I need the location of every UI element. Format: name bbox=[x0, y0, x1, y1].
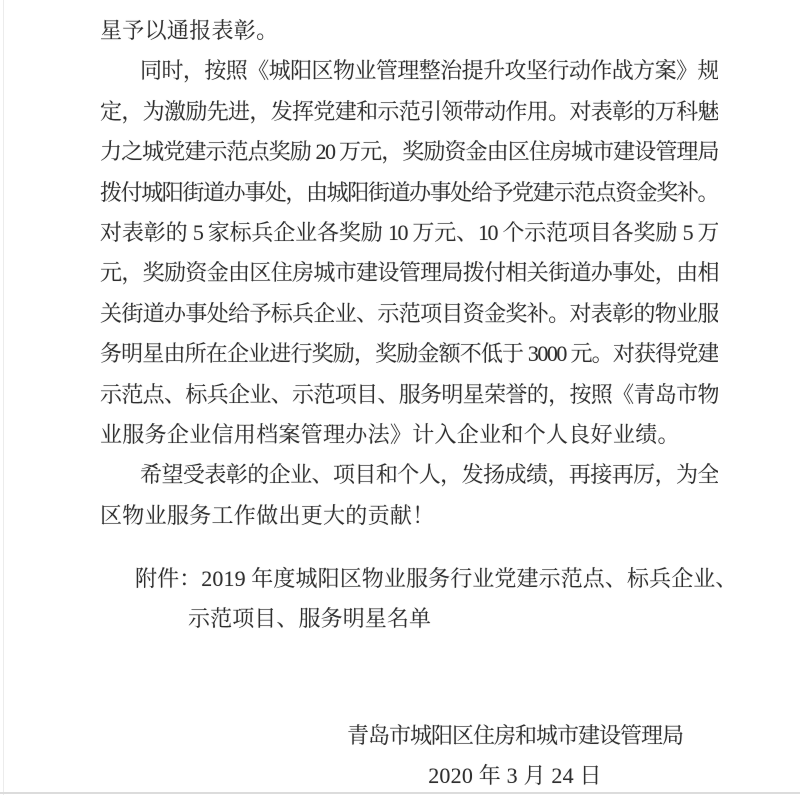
body-line: 业服务企业信用档案管理办法》计入企业和个人良好业绩。 bbox=[100, 415, 718, 455]
body-line: 元，奖励资金由区住房城市建设管理局拨付相关街道办事处，由相 bbox=[100, 253, 718, 293]
body-line: 对表彰的 5 家标兵企业各奖励 10 万元、10 个示范项目各奖励 5 万 bbox=[100, 213, 718, 253]
attachment-line-1: 附件：2019 年度城阳区物业服务行业党建示范点、标兵企业、 bbox=[135, 559, 725, 599]
body-line: 星予以通报表彰。 bbox=[100, 11, 718, 51]
body-line: 区物业服务工作做出更大的贡献！ bbox=[100, 496, 718, 536]
body-line: 示范点、标兵企业、示范项目、服务明星荣誉的，按照《青岛市物 bbox=[100, 375, 718, 415]
issue-date: 2020 年 3 月 24 日 bbox=[347, 756, 683, 795]
attachment-note: 附件：2019 年度城阳区物业服务行业党建示范点、标兵企业、 示范项目、服务明星… bbox=[135, 559, 725, 640]
scanned-document-page: 星予以通报表彰。同时，按照《城阳区物业管理整治提升攻坚行动作战方案》规定，为激励… bbox=[0, 0, 800, 795]
body-line: 关街道办事处给予标兵企业、示范项目资金奖补。对表彰的物业服 bbox=[100, 294, 718, 334]
body-line: 同时，按照《城阳区物业管理整治提升攻坚行动作战方案》规 bbox=[100, 51, 718, 91]
body-line: 力之城党建示范点奖励 20 万元，奖励资金由区住房城市建设管理局 bbox=[100, 132, 718, 172]
body-line: 务明星由所在企业进行奖励，奖励金额不低于 3000 元。对获得党建 bbox=[100, 334, 718, 374]
document-body: 星予以通报表彰。同时，按照《城阳区物业管理整治提升攻坚行动作战方案》规定，为激励… bbox=[100, 11, 718, 536]
body-line: 定，为激励先进，发挥党建和示范引领带动作用。对表彰的万科魅 bbox=[100, 92, 718, 132]
signature-block: 青岛市城阳区住房和城市建设管理局 2020 年 3 月 24 日 bbox=[347, 716, 683, 795]
issuing-organ-name: 青岛市城阳区住房和城市建设管理局 bbox=[347, 716, 683, 756]
attachment-line-2: 示范项目、服务明星名单 bbox=[135, 599, 725, 639]
body-line: 拨付城阳街道办事处，由城阳街道办事处给予党建示范点资金奖补。 bbox=[100, 173, 718, 213]
scan-edge-left bbox=[3, 0, 4, 795]
body-line: 希望受表彰的企业、项目和个人，发扬成绩，再接再厉，为全 bbox=[100, 455, 718, 495]
